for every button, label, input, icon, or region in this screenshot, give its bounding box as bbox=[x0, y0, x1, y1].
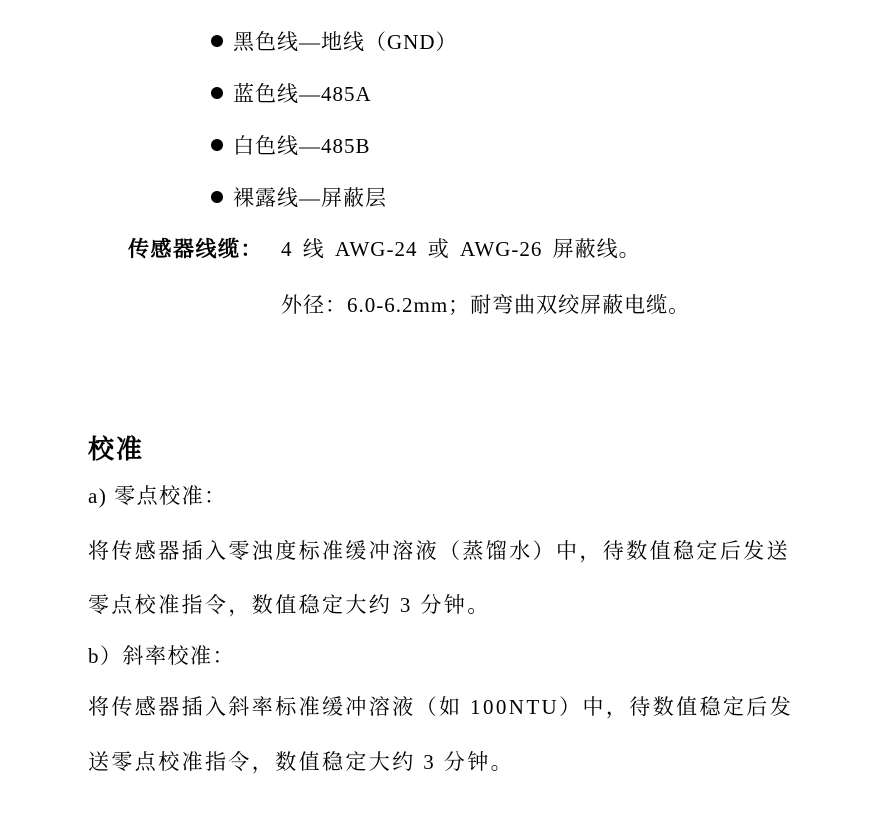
cable-spec-label: 传感器线缆： bbox=[128, 233, 263, 263]
calibration-heading: 校准 bbox=[88, 429, 144, 466]
list-item-label: 白色线—485B bbox=[233, 130, 371, 160]
bullet-icon bbox=[211, 87, 223, 99]
list-item: 黑色线—地线（GND） bbox=[211, 30, 458, 52]
list-item-label: 黑色线—地线（GND） bbox=[233, 26, 458, 56]
zero-calibration-text-line1: 将传感器插入零浊度标准缓冲溶液（蒸馏水）中，待数值稳定后发送 bbox=[88, 535, 790, 565]
zero-calibration-title: a) 零点校准： bbox=[88, 480, 227, 510]
cable-spec-line2: 外径：6.0-6.2mm；耐弯曲双绞屏蔽电缆。 bbox=[281, 289, 690, 319]
slope-calibration-title: b）斜率校准： bbox=[88, 640, 235, 670]
list-item-label: 蓝色线—485A bbox=[233, 78, 372, 108]
bullet-icon bbox=[211, 191, 223, 203]
bullet-icon bbox=[211, 35, 223, 47]
bullet-icon bbox=[211, 139, 223, 151]
list-item: 蓝色线—485A bbox=[211, 82, 458, 104]
zero-calibration-text-line2: 零点校准指令，数值稳定大约 3 分钟。 bbox=[88, 589, 491, 619]
document-page: 黑色线—地线（GND） 蓝色线—485A 白色线—485B 裸露线—屏蔽层 传感… bbox=[0, 0, 884, 814]
slope-calibration-text-line2: 送零点校准指令，数值稳定大约 3 分钟。 bbox=[88, 746, 514, 776]
list-item: 白色线—485B bbox=[211, 134, 458, 156]
wire-color-list: 黑色线—地线（GND） 蓝色线—485A 白色线—485B 裸露线—屏蔽层 bbox=[211, 30, 458, 238]
cable-spec-line1: 4 线 AWG-24 或 AWG-26 屏蔽线。 bbox=[281, 233, 641, 263]
slope-calibration-text-line1: 将传感器插入斜率标准缓冲溶液（如 100NTU）中，待数值稳定后发 bbox=[88, 691, 793, 721]
list-item-label: 裸露线—屏蔽层 bbox=[233, 182, 387, 212]
list-item: 裸露线—屏蔽层 bbox=[211, 186, 458, 208]
